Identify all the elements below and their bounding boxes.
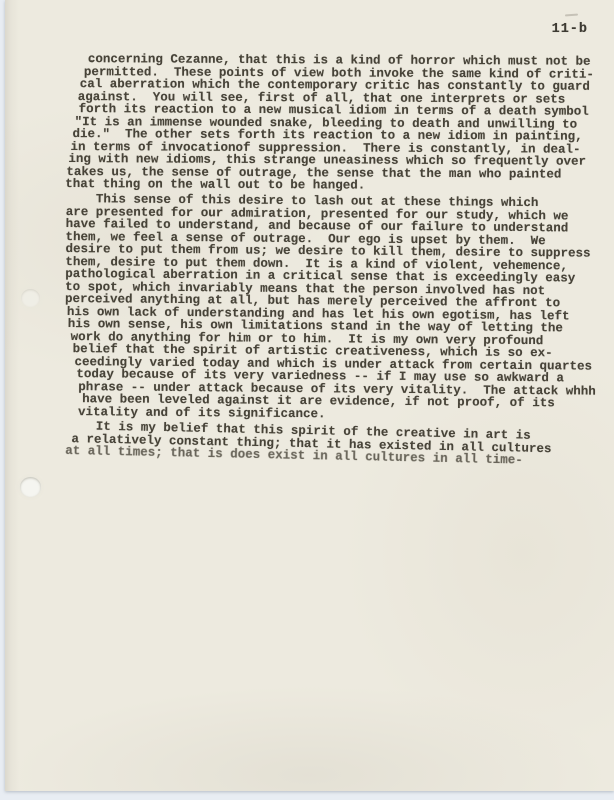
paragraph-3: It is my belief that this spirit of the … [65, 415, 614, 464]
faint-dash-mark [565, 14, 578, 17]
page-number: 11-b [552, 22, 588, 37]
document-page: 11-b . concerning Cezanne, that this is … [5, 0, 614, 791]
scanned-document: 11-b . concerning Cezanne, that this is … [0, 0, 614, 800]
paragraph-2: This sense of this desire to lash out at… [64, 188, 614, 418]
punch-hole-lower [20, 477, 41, 497]
typewritten-text: concerning Cezanne, that this is a kind … [5, 47, 614, 452]
paragraph-1: concerning Cezanne, that this is a kind … [65, 47, 614, 187]
